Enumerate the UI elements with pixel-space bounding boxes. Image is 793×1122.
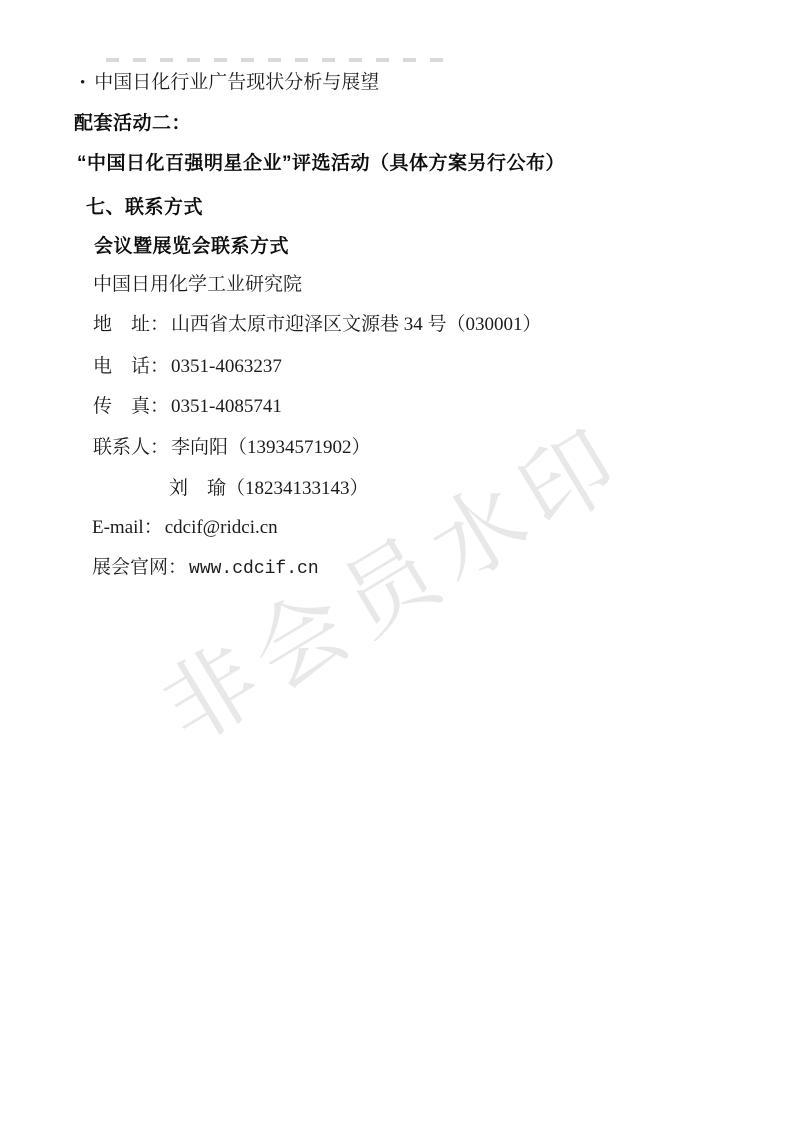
website-label: 展会官网： (92, 557, 187, 578)
phone-value: 0351-4063237 (171, 356, 282, 377)
contact-row-phone: 电 话：0351-4063237 (93, 354, 282, 380)
phone-label: 电 话： (93, 356, 169, 377)
contact-row-website: 展会官网：www.cdcif.cn (92, 555, 319, 582)
address-value: 山西省太原市迎泽区文源巷 34 号（030001） (171, 314, 542, 335)
fax-value: 0351-4085741 (171, 396, 282, 417)
website-value: www.cdcif.cn (189, 559, 319, 579)
clipped-line-remnant (106, 58, 451, 62)
section-heading-contact: 七、联系方式 (86, 195, 203, 221)
contact-person-label: 联系人： (93, 437, 169, 458)
contact-row-fax: 传 真：0351-4085741 (93, 394, 282, 420)
bullet-icon: • (80, 70, 85, 96)
fax-label: 传 真： (93, 396, 169, 417)
contact-person-2-value: 刘 瑜（18234133143） (169, 476, 369, 502)
contact-subheading: 会议暨展览会联系方式 (94, 234, 289, 260)
contact-person-1-value: 李向阳（13934571902） (171, 437, 371, 458)
text-layer: •中国日化行业广告现状分析与展望 配套活动二： “中国日化百强明星企业”评选活动… (0, 0, 793, 1122)
organization-name: 中国日用化学工业研究院 (93, 272, 302, 298)
bullet-list-item: •中国日化行业广告现状分析与展望 (80, 70, 379, 96)
side-event-detail: “中国日化百强明星企业”评选活动（具体方案另行公布） (77, 151, 565, 177)
contact-row-person-1: 联系人：李向阳（13934571902） (93, 435, 371, 461)
contact-row-address: 地 址：山西省太原市迎泽区文源巷 34 号（030001） (93, 312, 542, 338)
email-label: E-mail： (92, 517, 163, 538)
side-event-heading: 配套活动二： (74, 111, 191, 137)
email-value: cdcif@ridci.cn (165, 517, 278, 538)
bullet-item-text: 中国日化行业广告现状分析与展望 (94, 72, 379, 93)
contact-row-email: E-mail：cdcif@ridci.cn (92, 515, 278, 541)
address-label: 地 址： (93, 314, 169, 335)
document-page: 非会员水印 •中国日化行业广告现状分析与展望 配套活动二： “中国日化百强明星企… (0, 0, 793, 1122)
